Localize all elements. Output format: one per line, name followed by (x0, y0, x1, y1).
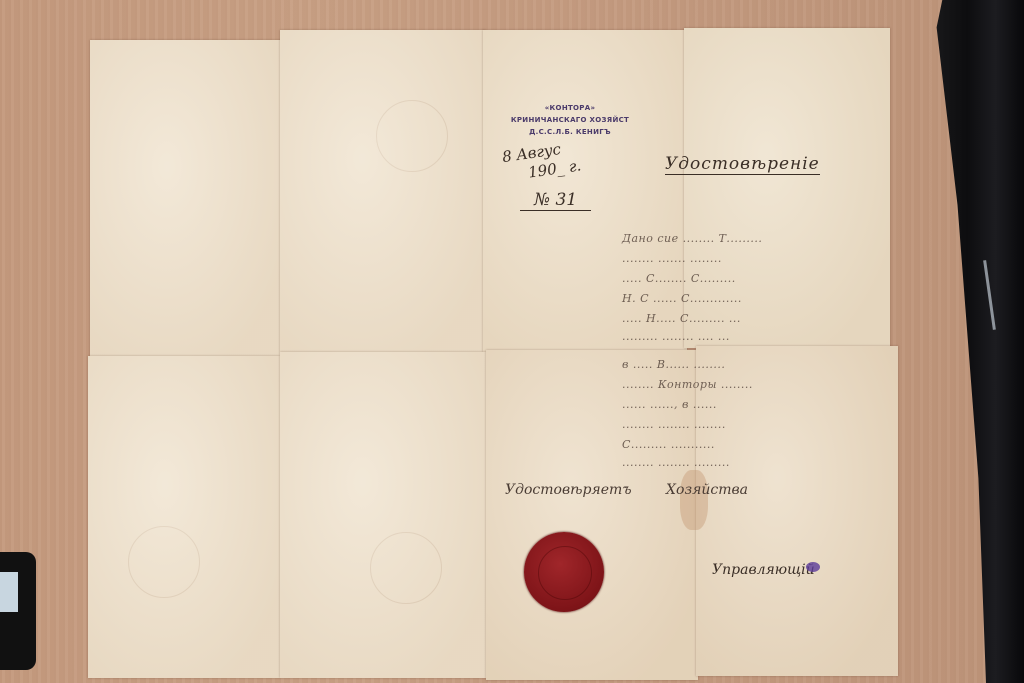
stamp-line-1: «КОНТОРА» (500, 102, 640, 114)
stamp-line-3: Д.С.С.Л.Б. КЕНИГЪ (500, 126, 640, 138)
phone-screen (0, 572, 18, 612)
body-line: С......... ........... (622, 438, 715, 451)
seal-ghost-mark (376, 100, 448, 172)
stamp-line-2: КРИНИЧАНСКАГО ХОЗЯЙСТ (500, 114, 640, 126)
reflection (983, 260, 996, 330)
paper-stain (680, 470, 708, 530)
seal-ghost-mark (128, 526, 200, 598)
body-line: в ..... В...... ........ (622, 358, 725, 371)
phone-device (0, 552, 36, 670)
office-stamp: «КОНТОРА» КРИНИЧАНСКАГО ХОЗЯЙСТ Д.С.С.Л.… (500, 102, 640, 138)
paper-panel-8 (696, 346, 898, 676)
body-line: ..... Н..... С......... ... (622, 312, 741, 325)
body-line: ..... С........ С......... (622, 272, 736, 285)
document-title: Удостовѣреніе (665, 154, 820, 175)
ink-blot (806, 562, 820, 572)
body-line: ........ ....... ........ (622, 252, 722, 265)
body-line: ........ ........ ........ (622, 418, 726, 431)
signature-label: Удостовѣряетъ (505, 482, 632, 498)
seal-emblem (538, 546, 592, 600)
paper-panel-1 (90, 40, 282, 356)
document-number: № 31 (520, 190, 591, 211)
paper-panel-6 (280, 352, 486, 678)
body-line: Н. С ...... С............. (622, 292, 742, 305)
certification-signature: Удостовѣряетъ Хозяйства (505, 482, 748, 498)
body-line: ........ ........ ......... (622, 456, 730, 469)
paper-panel-5 (88, 356, 280, 678)
seal-ghost-mark (370, 532, 442, 604)
body-line: Дано сие ........ Т......... (622, 232, 762, 245)
paper-panel-2 (280, 30, 485, 352)
body-line: ...... ......, в ...... (622, 398, 717, 411)
manager-signature: Управляющій (712, 562, 815, 578)
wax-seal (524, 532, 604, 612)
body-line: ........ Конторы ........ (622, 378, 753, 391)
body-line: ......... ........ .... ... (622, 330, 730, 343)
signature-name: Хозяйства (666, 482, 748, 498)
